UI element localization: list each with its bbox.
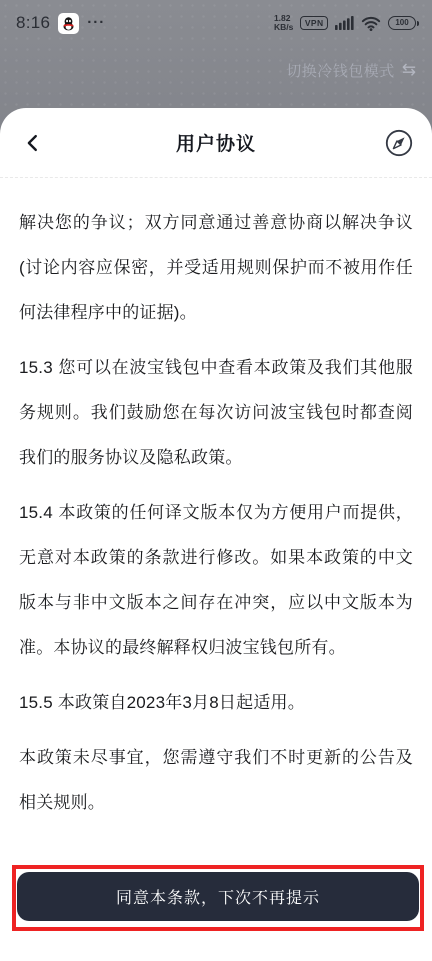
agreement-paragraph: 解决您的争议；双方同意通过善意协商以解决争议(讨论内容应保密，并受适用规则保护而… xyxy=(19,200,413,335)
sheet-header: 用户协议 xyxy=(0,108,432,178)
signal-strength-icon xyxy=(335,16,354,30)
agreement-paragraph: 15.5 本政策自2023年3月8日起适用。 xyxy=(19,680,413,725)
chevron-left-icon xyxy=(22,132,44,154)
network-speed-unit: KB/s xyxy=(274,23,293,32)
qq-notification-icon xyxy=(58,13,79,34)
highlight-annotation: 同意本条款，下次不再提示 xyxy=(12,865,424,931)
switch-cold-wallet-mode-button[interactable]: 切换冷钱包模式 xyxy=(286,60,395,81)
battery-icon: 100 xyxy=(388,16,416,30)
back-button[interactable] xyxy=(16,126,50,160)
status-bar-left: 8:16 ··· xyxy=(16,13,105,34)
agreement-paragraph: 15.3 您可以在波宝钱包中查看本政策及我们其他服务规则。我们鼓励您在每次访问波… xyxy=(19,345,413,480)
background-header: 切换冷钱包模式 ⇆ xyxy=(0,46,432,108)
agreement-paragraph: 15.4 本政策的任何译文版本仅为方便用户而提供，无意对本政策的条款进行修改。如… xyxy=(19,490,413,670)
network-speed: 1.82 KB/s xyxy=(274,14,293,32)
swap-arrows-icon: ⇆ xyxy=(402,60,416,80)
agreement-text: 解决您的争议；双方同意通过善意协商以解决争议(讨论内容应保密，并受适用规则保护而… xyxy=(0,178,432,825)
battery-nub xyxy=(417,21,420,26)
status-bar-right: 1.82 KB/s VPN 100 xyxy=(274,14,416,32)
agreement-paragraph: 本政策未尽事宜，您需遵守我们不时更新的公告及相关规则。 xyxy=(19,735,413,825)
wifi-icon xyxy=(361,16,381,31)
more-notifications-dots: ··· xyxy=(87,18,105,28)
compass-icon xyxy=(384,128,414,158)
user-agreement-sheet: 用户协议 解决您的争议；双方同意通过善意协商以解决争议(讨论内容应保密，并受适用… xyxy=(0,108,432,961)
explore-button[interactable] xyxy=(382,126,416,160)
qq-penguin-icon xyxy=(61,16,76,31)
agree-terms-button[interactable]: 同意本条款，下次不再提示 xyxy=(17,872,419,921)
clock: 8:16 xyxy=(16,13,50,33)
status-bar: 8:16 ··· 1.82 KB/s VPN xyxy=(0,0,432,46)
page-title: 用户协议 xyxy=(0,129,432,156)
battery-level: 100 xyxy=(395,19,408,27)
vpn-icon: VPN xyxy=(300,16,328,30)
phone-screen: 8:16 ··· 1.82 KB/s VPN xyxy=(0,0,432,961)
